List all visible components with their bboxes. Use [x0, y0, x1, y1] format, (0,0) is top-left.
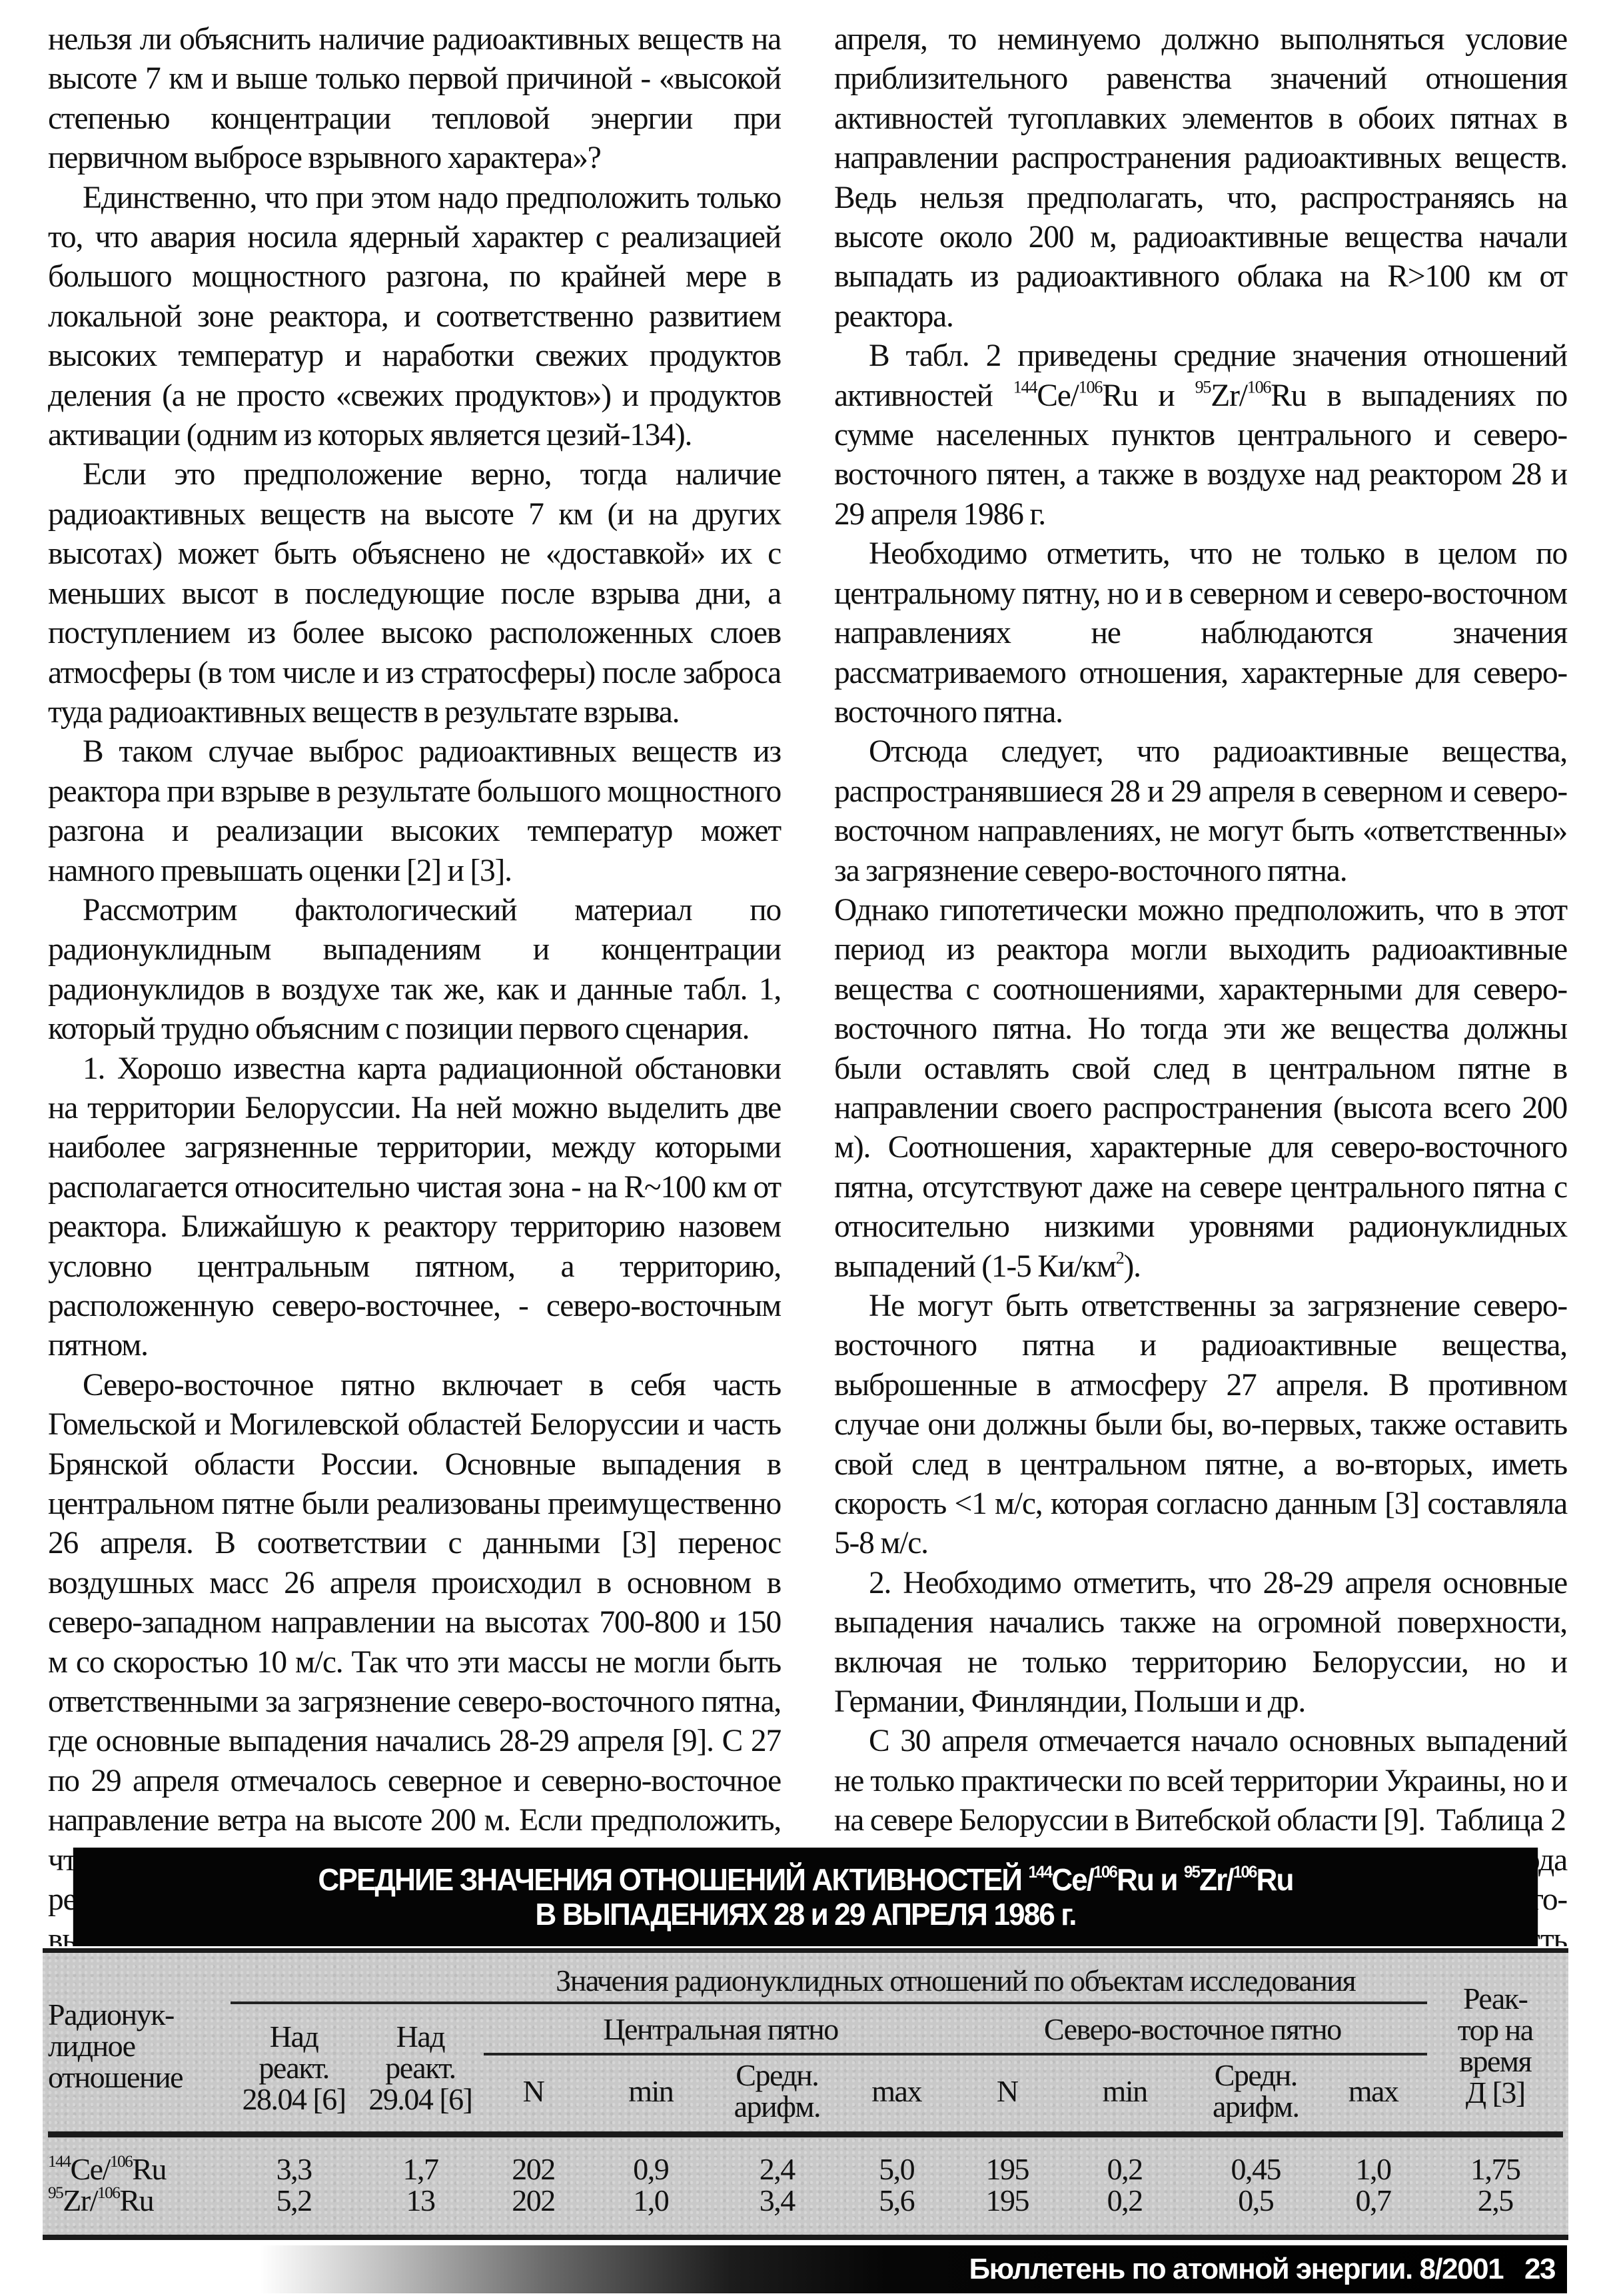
ratio-table: Радионук- лидное отношение Значения ради…	[48, 1953, 1563, 2235]
header-central-max: max	[835, 2054, 957, 2135]
isotope-mass: 95	[48, 2183, 63, 2202]
paragraph: Не могут быть ответственны за загрязнени…	[834, 1287, 1567, 1564]
paragraph: Однако гипотетически можно предположить,…	[834, 891, 1567, 1287]
cell-northeast-max: 1,0	[1319, 2135, 1428, 2185]
data-table: СРЕДНИЕ ЗНАЧЕНИЯ ОТНОШЕНИЙ АКТИВНОСТЕЙ 1…	[43, 1848, 1568, 2240]
isotope-mass: 106	[110, 2152, 132, 2171]
page-footer: Бюллетень по атомной энергии. 8/200123	[260, 2245, 1567, 2293]
cell-central-max: 5,6	[835, 2185, 957, 2235]
paragraph: апреля, то неминуемо должно выполняться …	[834, 20, 1567, 336]
paragraph: 1. Хорошо известна карта радиационной об…	[48, 1049, 781, 1366]
table-title-line-2: В ВЫПАДЕНИЯХ 28 и 29 АПРЕЛЯ 1986 г.	[73, 1897, 1538, 1932]
header-central-min: min	[583, 2054, 718, 2135]
isotope-mass: 106	[1233, 1863, 1257, 1882]
paragraph: Единственно, что при этом надо предполож…	[48, 179, 781, 456]
cell-r29: 1,7	[357, 2135, 484, 2185]
text-run: Zr/	[63, 2183, 97, 2217]
text-run: Ru и	[1117, 1862, 1184, 1897]
header-line: реакт.	[231, 2052, 357, 2083]
header-northeast-max: max	[1319, 2054, 1428, 2135]
header-line: 28.04 [6]	[231, 2083, 357, 2115]
cell-r29: 13	[357, 2185, 484, 2235]
header-line: Над	[231, 2021, 357, 2052]
isotope-mass: 106	[97, 2183, 119, 2202]
text-run: Ce/	[1037, 378, 1078, 413]
header-line: Средн.	[1193, 2059, 1319, 2091]
text-run: Zr/	[1199, 1862, 1233, 1897]
cell-northeast-min: 0,2	[1057, 2135, 1192, 2185]
right-column: апреля, то неминуемо должно выполняться …	[834, 20, 1567, 1812]
table-row: 95Zr/106Ru 5,2 13 202 1,0 3,4 5,6 195 0,…	[48, 2185, 1563, 2235]
header-central-mean: Средн. арифм.	[719, 2054, 836, 2135]
cell-northeast-mean: 0,5	[1193, 2185, 1319, 2235]
cell-northeast-n: 195	[957, 2135, 1057, 2185]
cell-ratio: 95Zr/106Ru	[48, 2185, 231, 2235]
text-run: Zr/	[1211, 378, 1247, 413]
header-group-main: Значения радионуклидных отношений по объ…	[484, 1953, 1428, 2003]
header-line: арифм.	[719, 2091, 836, 2122]
table-top-rule	[43, 1946, 1568, 1953]
cell-r28: 3,3	[231, 2135, 357, 2185]
isotope-mass: 106	[1079, 377, 1103, 396]
cell-central-mean: 2,4	[719, 2135, 836, 2185]
paragraph: Отсюда следует, что радиоактивные вещест…	[834, 732, 1567, 891]
header-over-reactor-29: Над реакт. 29.04 [6]	[357, 2003, 484, 2135]
header-line: Радионук-	[48, 1999, 231, 2030]
header-line: время	[1427, 2045, 1563, 2077]
table-title-line-1: СРЕДНИЕ ЗНАЧЕНИЯ ОТНОШЕНИЙ АКТИВНОСТЕЙ 1…	[73, 1862, 1538, 1897]
header-line: арифм.	[1193, 2091, 1319, 2122]
paragraph: Необходимо отметить, что не только в цел…	[834, 534, 1567, 732]
paragraph: 2. Необходимо отметить, что 28-29 апреля…	[834, 1564, 1567, 1722]
article-body: нельзя ли объяснить наличие радиоактивны…	[48, 20, 1567, 1812]
text-run: Ru и	[1102, 378, 1195, 413]
paragraph: Рассмотрим фактологический материал по р…	[48, 891, 781, 1049]
header-central-spot: Центральная пятно	[484, 2003, 957, 2054]
text-run: Ce/	[70, 2152, 109, 2186]
header-line: отношение	[48, 2061, 231, 2093]
cell-central-min: 0,9	[583, 2135, 718, 2185]
isotope-mass: 144	[1013, 377, 1037, 396]
header-line: реакт.	[357, 2052, 484, 2083]
table-caption: Таблица 2	[1436, 1802, 1566, 1838]
superscript: 2	[1116, 1248, 1124, 1267]
paragraph: нельзя ли объяснить наличие радиоактивны…	[48, 20, 781, 179]
cell-ratio: 144Ce/106Ru	[48, 2135, 231, 2185]
text-run: Ru	[132, 2152, 166, 2186]
isotope-mass: 95	[1184, 1863, 1199, 1882]
text-run: ).	[1124, 1249, 1141, 1284]
table-body: Радионук- лидное отношение Значения ради…	[43, 1953, 1568, 2235]
isotope-mass: 106	[1247, 377, 1271, 396]
header-line: тор на	[1427, 2014, 1563, 2045]
text-run: СРЕДНИЕ ЗНАЧЕНИЯ ОТНОШЕНИЙ АКТИВНОСТЕЙ	[318, 1862, 1028, 1897]
table-row: 144Ce/106Ru 3,3 1,7 202 0,9 2,4 5,0 195 …	[48, 2135, 1563, 2185]
cell-reactor-d: 1,75	[1427, 2135, 1563, 2185]
table-title: СРЕДНИЕ ЗНАЧЕНИЯ ОТНОШЕНИЙ АКТИВНОСТЕЙ 1…	[73, 1848, 1538, 1946]
cell-northeast-n: 195	[957, 2185, 1057, 2235]
cell-central-mean: 3,4	[719, 2185, 836, 2235]
header-line: лидное	[48, 2030, 231, 2061]
cell-northeast-min: 0,2	[1057, 2185, 1192, 2235]
cell-central-n: 202	[484, 2135, 583, 2185]
cell-northeast-max: 0,7	[1319, 2185, 1428, 2235]
header-line: 29.04 [6]	[357, 2083, 484, 2115]
isotope-mass: 144	[48, 2152, 70, 2171]
header-northeast-min: min	[1057, 2054, 1192, 2135]
page-number: 23	[1524, 2253, 1555, 2285]
header-over-reactor-28: Над реакт. 28.04 [6]	[231, 2003, 357, 2135]
header-line: Над	[357, 2021, 484, 2052]
cell-central-max: 5,0	[835, 2135, 957, 2185]
isotope-mass: 95	[1195, 377, 1211, 396]
header-northeast-n: N	[957, 2054, 1057, 2135]
table-bottom-rule	[43, 2235, 1568, 2240]
header-line: Средн.	[719, 2059, 836, 2091]
header-line: Д [3]	[1427, 2077, 1563, 2108]
header-line: Реак-	[1427, 1983, 1563, 2014]
left-column: нельзя ли объяснить наличие радиоактивны…	[48, 20, 781, 1812]
header-central-n: N	[484, 2054, 583, 2135]
text-run: Ru	[119, 2183, 153, 2217]
paragraph: Если это предположение верно, тогда нали…	[48, 455, 781, 732]
text-run: Однако гипотетически можно предположить,…	[834, 893, 1567, 1284]
header-reactor-at-time: Реак- тор на время Д [3]	[1427, 1953, 1563, 2135]
header-ratio: Радионук- лидное отношение	[48, 1953, 231, 2135]
text-run: Ce/	[1051, 1862, 1093, 1897]
header-northeast-spot: Северо-восточное пятно	[957, 2003, 1427, 2054]
paragraph: В табл. 2 приведены средние значения отн…	[834, 336, 1567, 534]
header-northeast-mean: Средн. арифм.	[1193, 2054, 1319, 2135]
cell-reactor-d: 2,5	[1427, 2185, 1563, 2235]
isotope-mass: 106	[1093, 1863, 1117, 1882]
cell-northeast-mean: 0,45	[1193, 2135, 1319, 2185]
isotope-mass: 144	[1028, 1863, 1051, 1882]
text-run: Ru	[1257, 1862, 1293, 1897]
journal-title: Бюллетень по атомной энергии. 8/2001	[969, 2253, 1503, 2285]
cell-central-min: 1,0	[583, 2185, 718, 2235]
cell-central-n: 202	[484, 2185, 583, 2235]
cell-r28: 5,2	[231, 2185, 357, 2235]
paragraph: В таком случае выброс радиоактивных веще…	[48, 732, 781, 891]
